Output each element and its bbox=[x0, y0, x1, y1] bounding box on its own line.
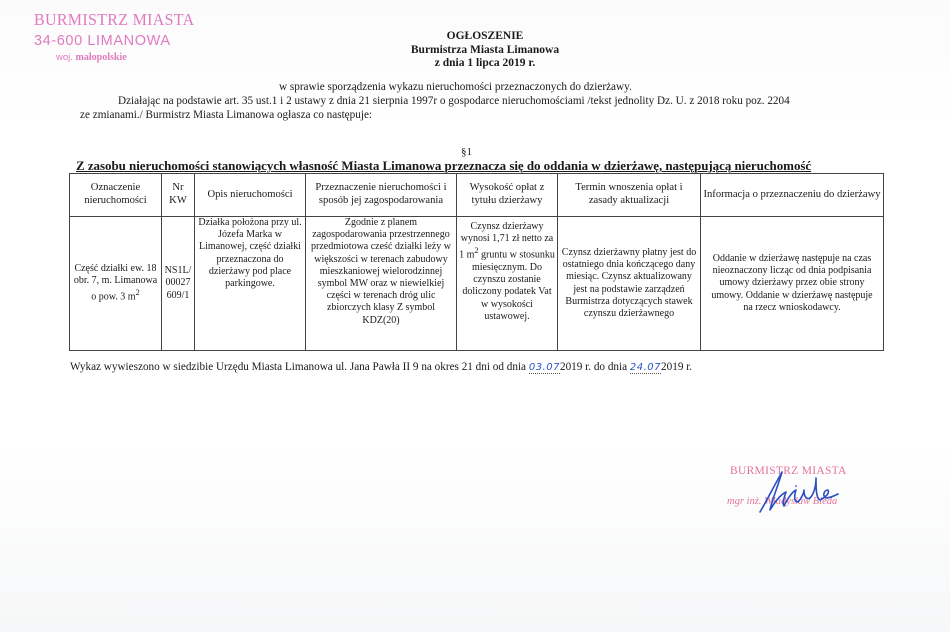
cell-fee: Czynsz dzierżawy wynosi 1,71 zł netto za… bbox=[457, 217, 558, 351]
col-header-purpose: Przeznaczenie nieruchomości i sposób jej… bbox=[306, 174, 457, 217]
col-header-designation: Oznaczenie nieruchomości bbox=[70, 174, 162, 217]
designation-sup: 2 bbox=[136, 288, 140, 297]
cell-lease-info: Oddanie w dzierżawę następuje na czas ni… bbox=[701, 217, 884, 351]
table-row: Część działki ew. 18 obr. 7, m. Limanowa… bbox=[70, 217, 884, 351]
intro-legal-basis: Działając na podstawie art. 35 ust.1 i 2… bbox=[118, 95, 790, 107]
col-header-payment-terms: Termin wnoszenia opłat i zasady aktualiz… bbox=[558, 174, 701, 217]
document-issuer: Burmistrza Miasta Limanowa bbox=[300, 44, 670, 58]
section-title: Z zasobu nieruchomości stanowiących włas… bbox=[76, 158, 811, 174]
document-title: OGŁOSZENIE bbox=[300, 30, 670, 44]
fee-text-b: gruntu w stosunku miesięcznym. Do czynsz… bbox=[462, 250, 555, 322]
designation-text: Część działki ew. 18 obr. 7, m. Limanowa… bbox=[74, 263, 157, 303]
document-page: BURMISTRZ MIASTA 34-600 LIMANOWA woj. ma… bbox=[0, 0, 950, 632]
intro-legal-basis-cont: ze zmianami./ Burmistrz Miasta Limanowa … bbox=[80, 109, 372, 121]
document-date: z dnia 1 lipca 2019 r. bbox=[300, 57, 670, 71]
stamp-line-region: woj. małopolskie bbox=[56, 53, 194, 63]
signature-icon bbox=[752, 468, 842, 516]
stamp-region-prefix: woj. bbox=[56, 52, 73, 63]
cell-purpose: Zgodnie z planem zagospodarowania przest… bbox=[306, 217, 457, 351]
cell-payment-terms: Czynsz dzierżawny płatny jest do ostatni… bbox=[558, 217, 701, 351]
col-header-kw-number: Nr KW bbox=[162, 174, 195, 217]
stamp-region-value: małopolskie bbox=[76, 52, 127, 63]
handwritten-date-from: 03.07 bbox=[529, 362, 560, 374]
handwritten-date-to: 24.07 bbox=[630, 362, 661, 374]
cell-description: Działka położona przy ul. Józefa Marka w… bbox=[195, 217, 306, 351]
col-header-fee: Wysokość opłat z tytułu dzierżawy bbox=[457, 174, 558, 217]
cell-kw-number: NS1L/00027609/1 bbox=[162, 217, 195, 351]
office-stamp: BURMISTRZ MIASTA 34-600 LIMANOWA woj. ma… bbox=[34, 13, 194, 63]
posting-notice-prefix: Wykaz wywieszono w siedzibie Urzędu Mias… bbox=[70, 361, 529, 373]
property-table: Oznaczenie nieruchomości Nr KW Opis nier… bbox=[69, 173, 884, 351]
stamp-line-address: 34-600 LIMANOWA bbox=[34, 34, 194, 49]
document-header: OGŁOSZENIE Burmistrza Miasta Limanowa z … bbox=[300, 30, 670, 71]
table-header-row: Oznaczenie nieruchomości Nr KW Opis nier… bbox=[70, 174, 884, 217]
stamp-line-title: BURMISTRZ MIASTA bbox=[34, 13, 194, 30]
intro-subject: w sprawie sporządzenia wykazu nieruchomo… bbox=[279, 81, 632, 93]
paragraph-mark: §1 bbox=[461, 146, 472, 158]
cell-designation: Część działki ew. 18 obr. 7, m. Limanowa… bbox=[70, 217, 162, 351]
posting-notice: Wykaz wywieszono w siedzibie Urzędu Mias… bbox=[70, 361, 692, 373]
posting-notice-suffix: 2019 r. bbox=[661, 361, 692, 373]
col-header-description: Opis nieruchomości bbox=[195, 174, 306, 217]
col-header-lease-info: Informacja o przeznaczeniu do dzierżawy bbox=[701, 174, 884, 217]
posting-notice-mid: 2019 r. do dnia bbox=[560, 361, 630, 373]
